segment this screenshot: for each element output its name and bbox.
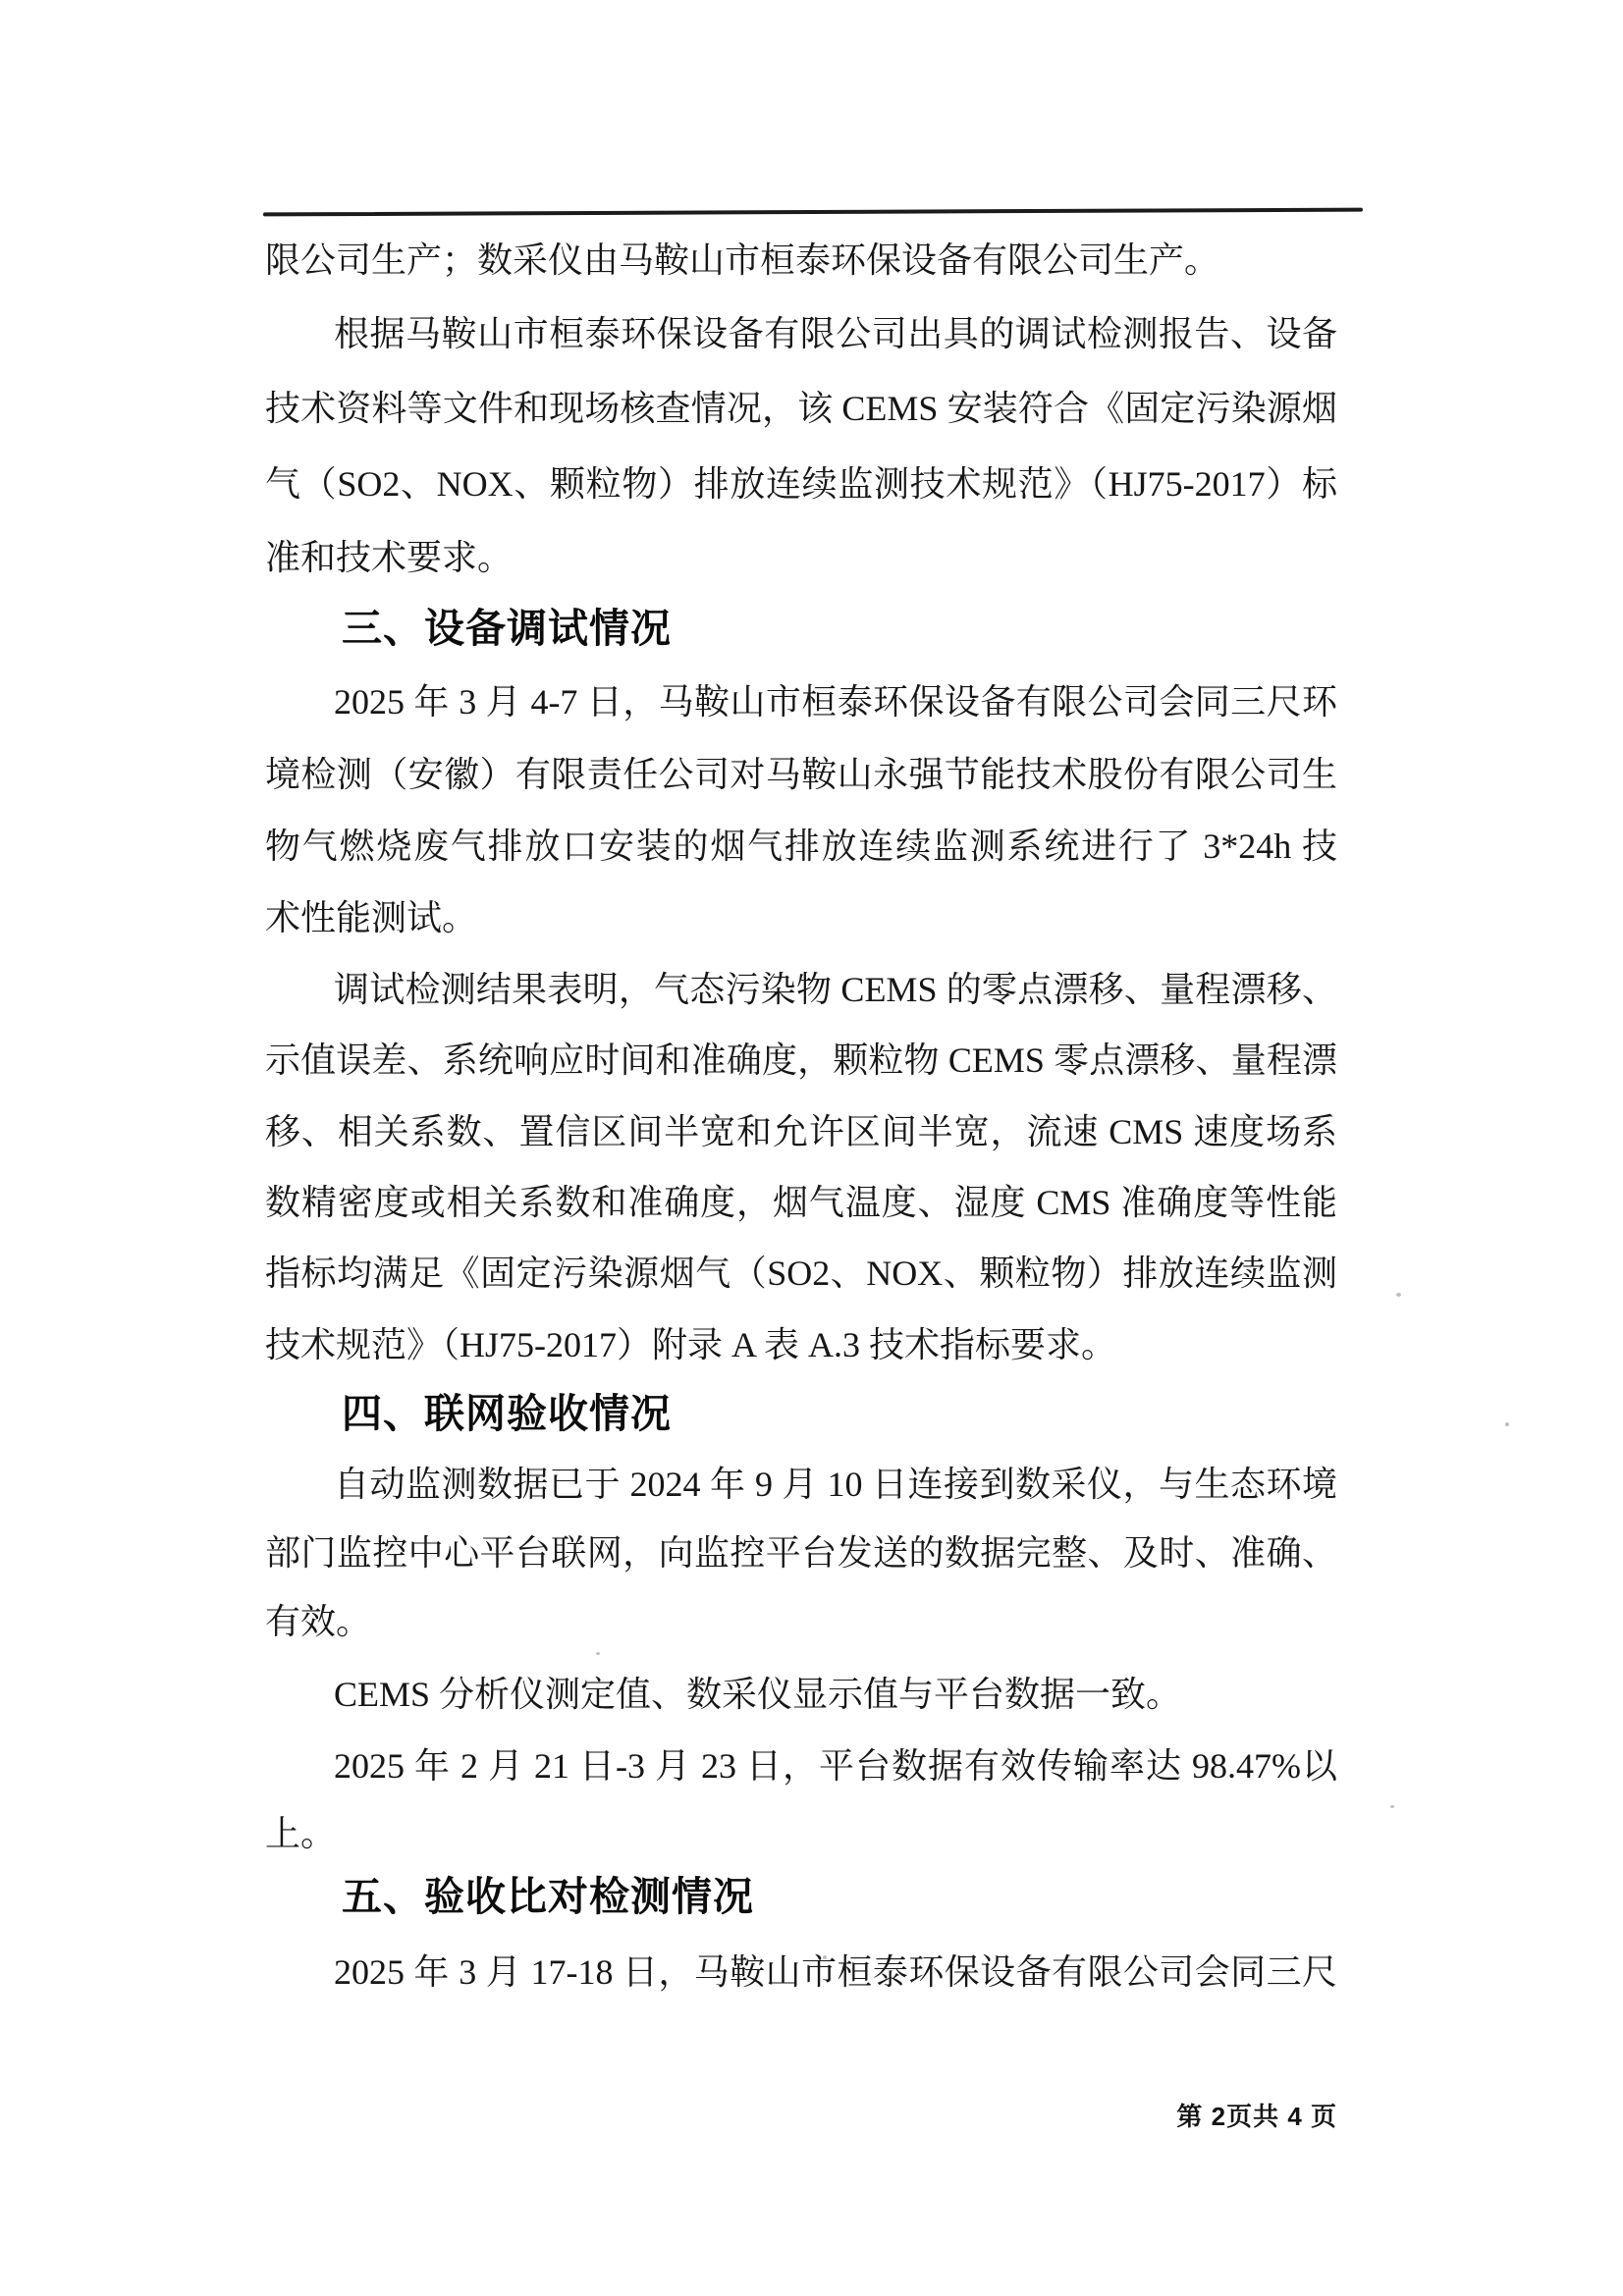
body-text-line: 调试检测结果表明，气态污染物 CEMS 的零点漂移、量程漂移、 xyxy=(334,968,1337,1012)
scan-speck xyxy=(1396,1293,1401,1297)
body-text-line: 移、相关系数、置信区间半宽和允许区间半宽，流速 CMS 速度场系 xyxy=(265,1110,1337,1154)
scan-speck xyxy=(1390,1805,1394,1808)
body-text-line: 2025 年 3 月 4-7 日，马鞍山市桓泰环保设备有限公司会同三尺环 xyxy=(334,680,1337,724)
section-heading: 三、设备调试情况 xyxy=(342,604,672,654)
body-text-line: 技术资料等文件和现场核查情况，该 CEMS 安装符合《固定污染源烟 xyxy=(265,387,1337,431)
body-text-line: CEMS 分析仪测定值、数采仪显示值与平台数据一致。 xyxy=(334,1673,1181,1717)
scanned-document-page: 限公司生产；数采仪由马鞍山市桓泰环保设备有限公司生产。根据马鞍山市桓泰环保设备有… xyxy=(0,0,1623,2296)
body-text-line: 限公司生产；数采仪由马鞍山市桓泰环保设备有限公司生产。 xyxy=(265,239,1219,283)
body-text-line: 物气燃烧废气排放口安装的烟气排放连续监测系统进行了 3*24h 技 xyxy=(265,825,1337,869)
section-heading: 五、验收比对检测情况 xyxy=(342,1872,754,1922)
header-rule-line xyxy=(263,208,1363,217)
body-text-line: 上。 xyxy=(265,1812,336,1856)
body-text-line: 术性能测试。 xyxy=(265,896,477,940)
scan-speck xyxy=(596,1652,600,1655)
section-heading: 四、联网验收情况 xyxy=(342,1389,672,1439)
body-text-line: 示值误差、系统响应时间和准确度，颗粒物 CEMS 零点漂移、量程漂 xyxy=(265,1039,1337,1083)
body-text-line: 部门监控中心平台联网，向监控平台发送的数据完整、及时、准确、 xyxy=(265,1531,1337,1575)
body-text-line: 根据马鞍山市桓泰环保设备有限公司出具的调试检测报告、设备 xyxy=(334,312,1337,356)
body-text-line: 境检测（安徽）有限责任公司对马鞍山永强节能技术股份有限公司生 xyxy=(265,753,1337,797)
body-text-line: 准和技术要求。 xyxy=(265,536,513,580)
body-text-line: 有效。 xyxy=(265,1600,371,1644)
body-text-line: 2025 年 3 月 17-18 日，马鞍山市桓泰环保设备有限公司会同三尺 xyxy=(334,1950,1337,1995)
page-number: 第 2页共 4 页 xyxy=(1043,2097,1337,2133)
body-text-line: 指标均满足《固定污染源烟气（SO2、NOX、颗粒物）排放连续监测 xyxy=(265,1252,1337,1296)
scan-speck xyxy=(1505,1422,1509,1426)
body-text-line: 自动监测数据已于 2024 年 9 月 10 日连接到数采仪，与生态环境 xyxy=(334,1463,1337,1507)
body-text-line: 技术规范》（HJ75-2017）附录 A 表 A.3 技术指标要求。 xyxy=(265,1323,1116,1367)
scan-speck xyxy=(823,1955,827,1959)
body-text-line: 数精密度或相关系数和准确度，烟气温度、湿度 CMS 准确度等性能 xyxy=(265,1181,1337,1225)
body-text-line: 气（SO2、NOX、颗粒物）排放连续监测技术规范》（HJ75-2017）标 xyxy=(265,462,1337,507)
body-text-line: 2025 年 2 月 21 日-3 月 23 日，平台数据有效传输率达 98.4… xyxy=(334,1744,1337,1789)
